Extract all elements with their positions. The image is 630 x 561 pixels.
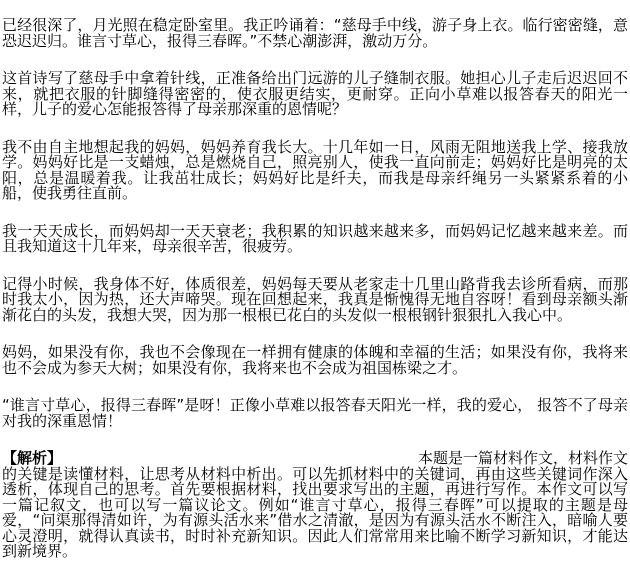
essay-paragraph-childhood-memory: 记得小时候，我身体不好，体质很差，妈妈每天要从老家走十几里山路背我去诊所看病，而… (2, 277, 628, 324)
analysis-body: 的关键是读懂材料，让思考从材料中析出。可以先抓材料中的关键词，再由这些关键词作深… (2, 467, 628, 560)
analysis-section: 【解析】 本题是一篇材料作文，材料作文 的关键是读懂材料，让思考从材料中析出。可… (2, 451, 628, 560)
essay-paragraph-growing-up: 我一天天成长，而妈妈却一天天衰老；我积累的知识越来越来多，而妈妈记忆越来越来差。… (2, 224, 628, 255)
essay-paragraph-opening: 已经很深了，月光照在稳定卧室里。我正吟诵着：“慈母手中线，游子身上衣。临行密密缝… (2, 18, 628, 49)
essay-paragraph-poem-explanation: 这首诗写了慈母手中拿着针线，正准备给出门远游的儿子缝制衣服。她担心儿子走后迟迟回… (2, 71, 628, 118)
essay-paragraph-conclusion: “谁言寸草心，报得三春晖”是呀！正像小草难以报答春天阳光一样，我的爱心， 报答不… (2, 398, 628, 429)
essay-document: 已经很深了，月光照在稳定卧室里。我正吟诵着：“慈母手中线，游子身上衣。临行密密缝… (0, 0, 630, 561)
essay-paragraph-gratitude: 妈妈，如果没有你，我也不会像现在一样拥有健康的体魄和幸福的生活；如果没有你，我将… (2, 345, 628, 376)
essay-paragraph-mother-metaphors: 我不由自主地想起我的妈妈，妈妈养育我长大。十几年如一日，风雨无阻地送我上学、接我… (2, 140, 628, 202)
